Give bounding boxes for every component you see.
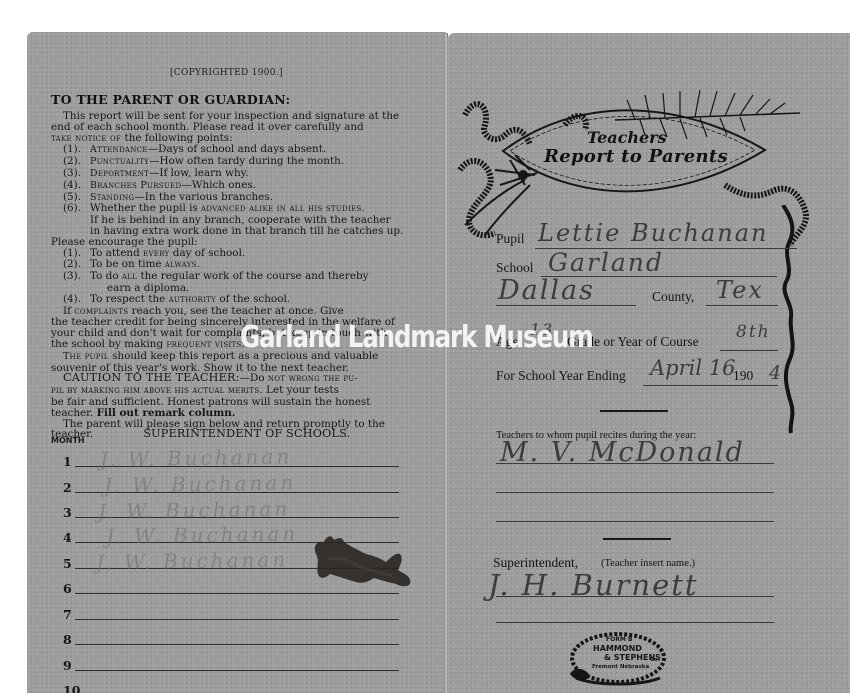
decorative-vine	[775, 205, 805, 435]
section-divider-2	[603, 538, 671, 540]
printer-mark: FORM B HAMMOND & STEPHENS Co. Fremont Ne…	[566, 630, 670, 690]
month-column-label: MONTH	[51, 436, 85, 445]
parent-signature-month-1: J. W. Buchanan	[100, 444, 293, 471]
state-field-line	[706, 305, 778, 306]
ink-stain	[308, 532, 418, 598]
report-title-line-2: Report to Parents	[544, 146, 728, 167]
copyright-notice: [COPYRIGHTED 1900.]	[170, 68, 283, 78]
section-divider-1	[600, 410, 668, 412]
teacher-line-3[interactable]	[496, 521, 774, 522]
teacher-name-1[interactable]: M. V. McDonald	[500, 437, 745, 468]
school-label: School	[496, 260, 534, 276]
parent-signature-month-4: J. W. Buchanan	[106, 521, 299, 548]
teacher-line-2[interactable]	[496, 492, 774, 493]
state-value[interactable]: Tex	[716, 276, 764, 304]
instructions-block: This report will be sent for your inspec…	[51, 111, 397, 440]
year-prefix: 190	[733, 368, 753, 384]
superintendent-line-2[interactable]	[496, 622, 774, 623]
month-row-9[interactable]: 9	[63, 655, 399, 673]
grade-field-line	[720, 350, 778, 351]
caution-line-1: CAUTION TO THE TEACHER:—Do not wrong the…	[51, 373, 397, 385]
pupil-label: Pupil	[496, 231, 525, 247]
encourage-3: (3).To do all the regular work of the co…	[51, 271, 397, 283]
year-ending-field-line	[643, 385, 778, 386]
pupil-name-value[interactable]: Lettie Buchanan	[538, 219, 768, 247]
year-suffix-value[interactable]: 4	[769, 362, 783, 384]
month-row-8[interactable]: 8	[63, 629, 399, 647]
museum-watermark: Garland Landmark Museum	[240, 320, 593, 355]
printer-city: Fremont Nebraska	[592, 664, 649, 670]
superintendent-name-value[interactable]: J. H. Burnett	[488, 568, 699, 602]
printer-form: FORM B	[606, 636, 632, 643]
parent-signature-month-2: J. W. Buchanan	[104, 470, 297, 497]
printer-name-1: HAMMOND	[593, 644, 642, 653]
parent-signature-month-5: J. W. Buchanan	[96, 547, 289, 574]
report-title-line-1: Teachers	[587, 128, 667, 147]
printer-co: Co.	[650, 657, 660, 663]
school-name-value[interactable]: Garland	[548, 248, 664, 277]
year-ending-date-value[interactable]: April 16	[650, 356, 735, 380]
caution-line-4: teacher. Fill out remark column.	[51, 408, 397, 419]
grade-value[interactable]: 8th	[736, 322, 771, 342]
return-line-2: teacher.SUPERINTENDENT OF SCHOOLS.	[51, 429, 397, 440]
month-row-10[interactable]: 10	[63, 680, 399, 693]
month-row-7[interactable]: 7	[63, 604, 399, 622]
parent-signature-month-3: J. W. Buchanan	[98, 496, 291, 523]
county-value[interactable]: Dallas	[498, 275, 595, 306]
county-label: County,	[652, 289, 694, 305]
parent-guardian-heading: TO THE PARENT OR GUARDIAN:	[51, 92, 290, 107]
year-ending-label: For School Year Ending	[496, 368, 626, 384]
